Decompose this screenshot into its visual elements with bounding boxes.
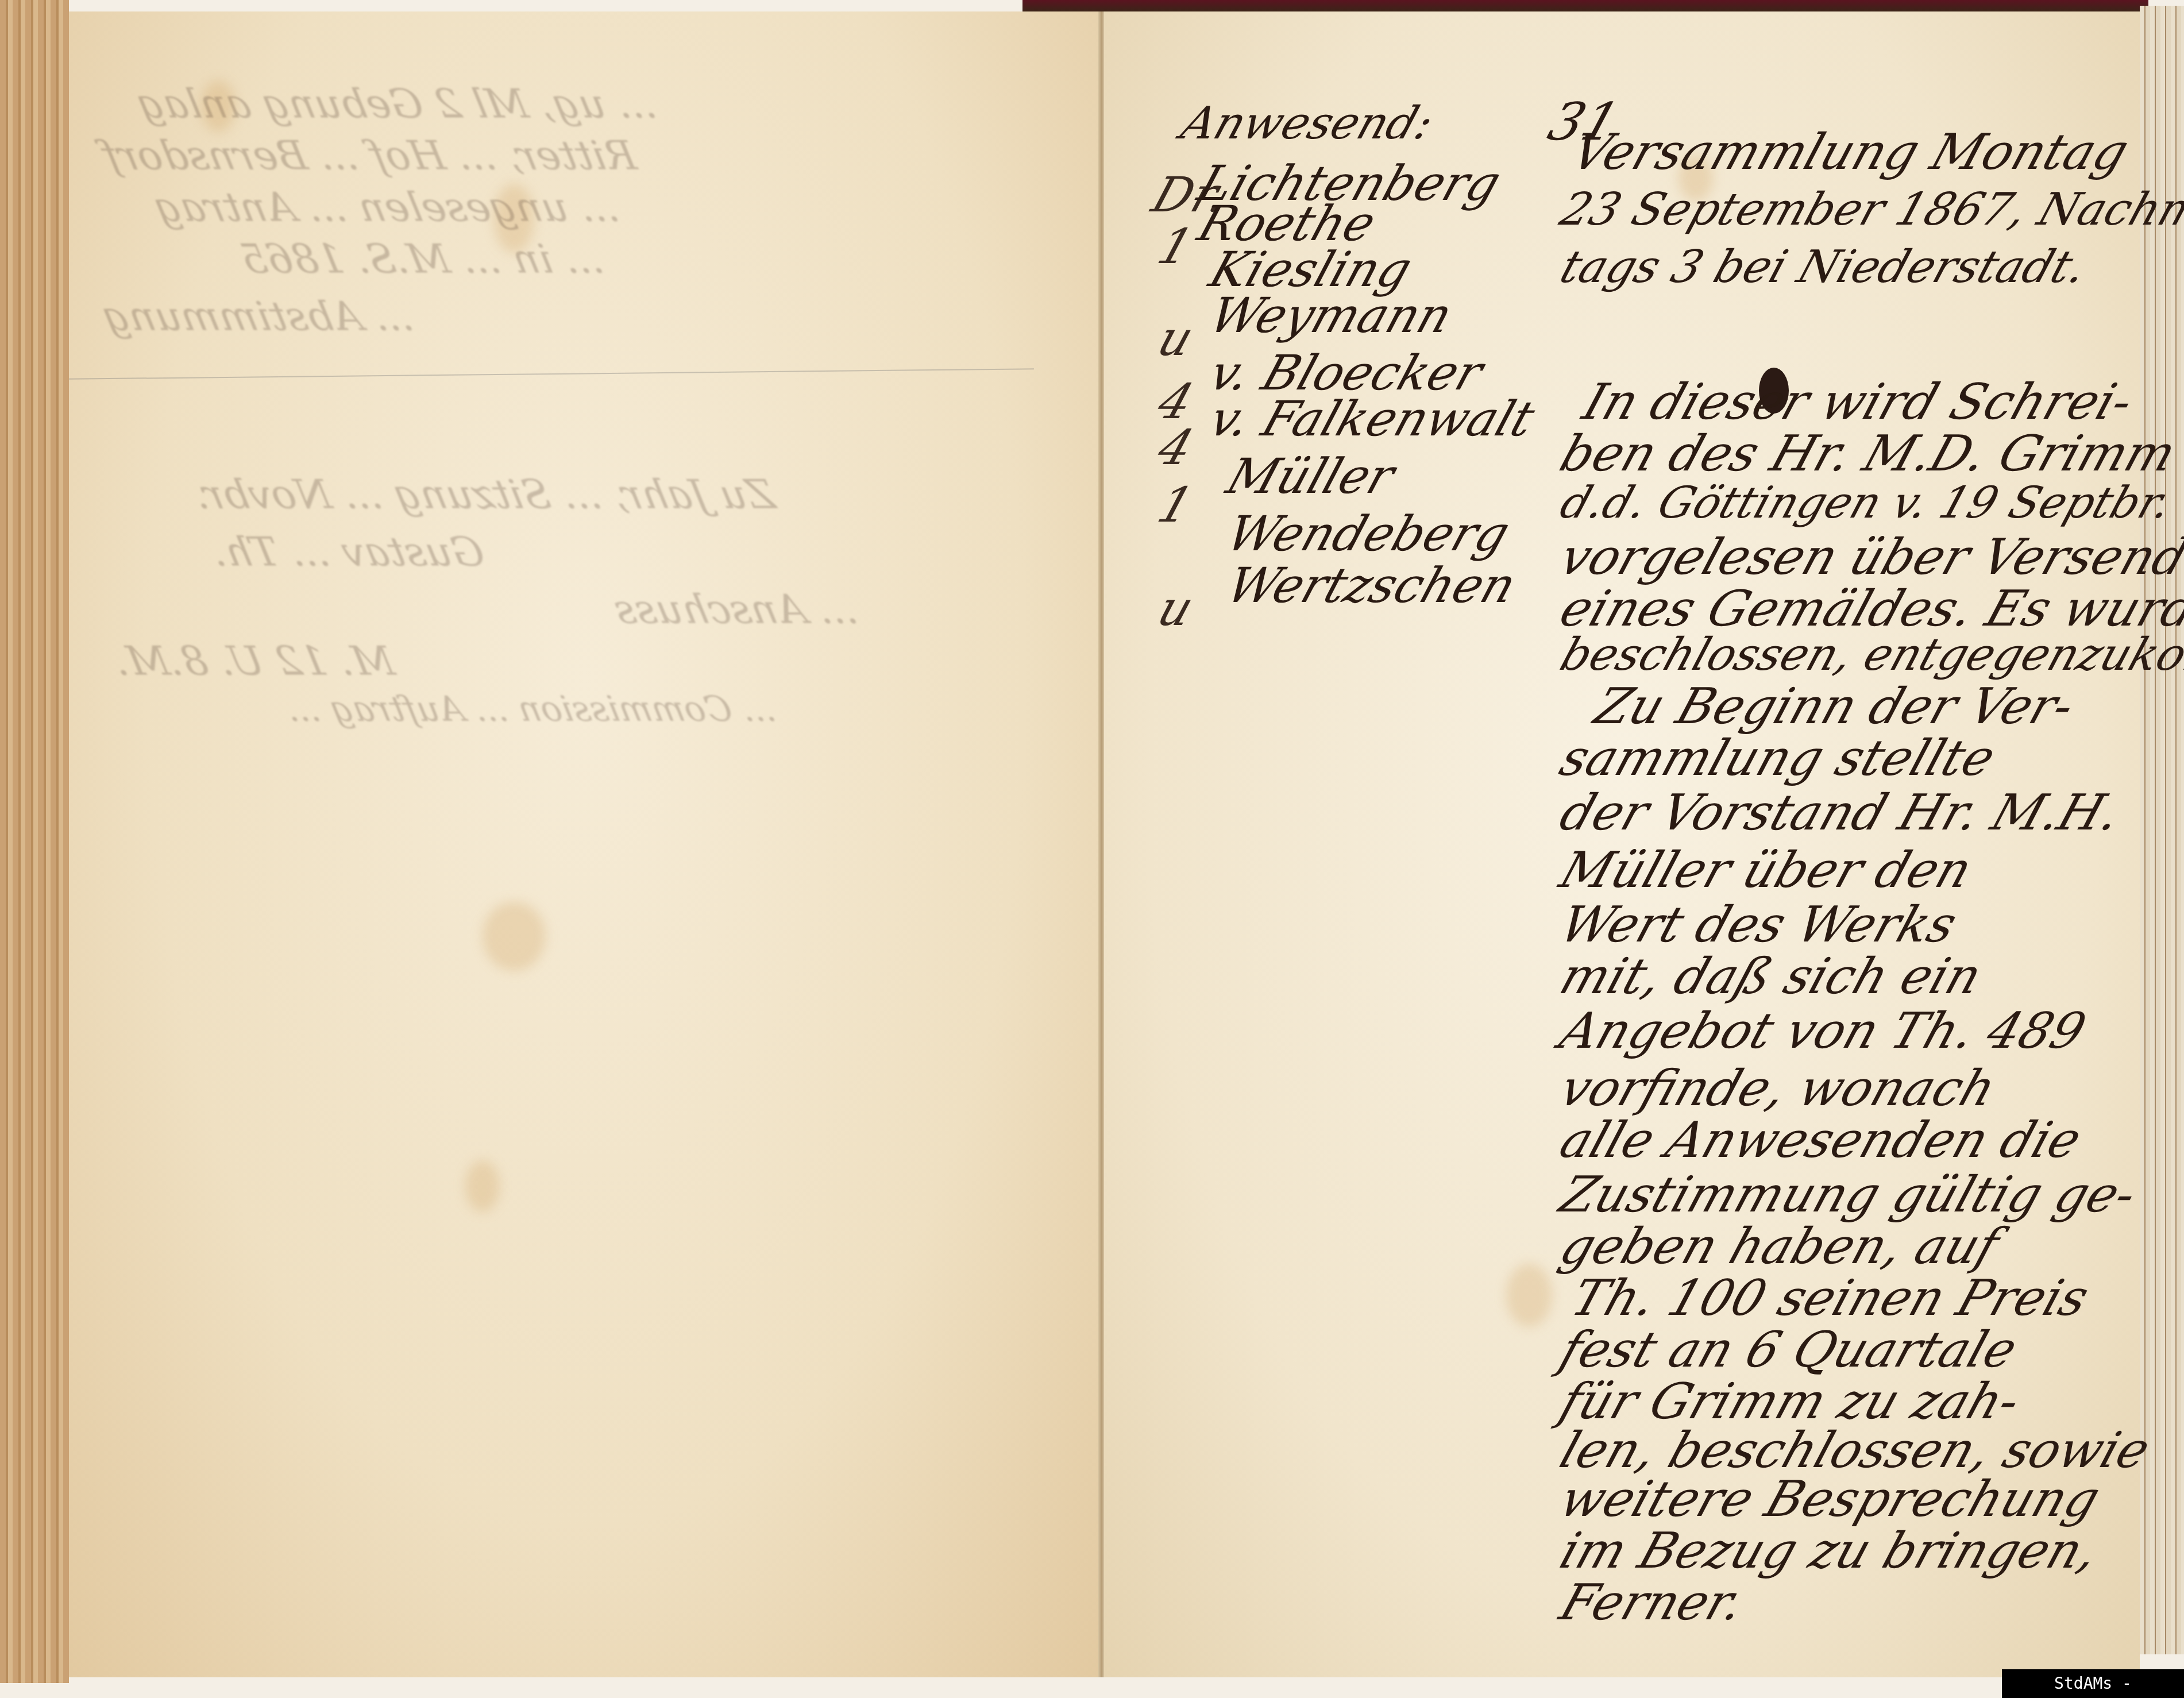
minutes-line: beschlossen, entgegenzukommen.	[1554, 629, 2184, 681]
minutes-line: ben des Hr. M.D. Grimm	[1553, 425, 2183, 483]
minutes-line: d.d. Göttingen v. 19 Septbr.	[1554, 477, 2178, 528]
minutes-line: sammlung stellte	[1553, 730, 2002, 787]
offset-text: ... Abstimmung	[98, 293, 418, 340]
foxing-stain	[483, 902, 546, 971]
book-cover-edge	[1022, 0, 2148, 11]
foxing-stain	[1506, 1264, 1552, 1327]
foxing-stain	[465, 1160, 500, 1212]
minutes-line: Ferner.	[1553, 1574, 1751, 1631]
attendee-name: Wendeberg	[1220, 505, 1517, 562]
offset-text: Ritter, ... Hof ... Bernsdorf	[98, 132, 640, 179]
minutes-line: Th. 100 seinen Preis	[1565, 1269, 2096, 1327]
attendee-name: v. Falkenwalt	[1203, 391, 1542, 447]
minutes-line: Zustimmung gültig ge-	[1553, 1166, 2144, 1224]
pencil-rule	[69, 368, 1034, 380]
offset-text: M. 12 U. 8.M.	[110, 638, 399, 685]
minutes-line: weitere Besprechung	[1553, 1471, 2107, 1528]
minutes-header-line: Versammlung Montag	[1565, 124, 2136, 181]
offset-text: Zu Jahr, ... Sitzung ... Novbr.	[190, 471, 779, 518]
minutes-line: Angebot von Th. 489	[1553, 1002, 2093, 1060]
left-page: ... ug, Ml 2 Gebung anlag Ritter, ... Ho…	[69, 11, 1103, 1677]
minutes-header-line: tags 3 bei Niederstadt.	[1554, 241, 2093, 293]
minutes-line: der Vorstand Hr. M.H.	[1553, 784, 2128, 842]
offset-text: Gustav ... Th.	[207, 528, 488, 576]
offset-text: ... Anschuss	[609, 586, 862, 633]
minutes-line: Müller über den	[1553, 842, 1979, 899]
minutes-line: vorgelesen über Versendung	[1553, 528, 2184, 586]
minutes-header-line: 23 September 1867, Nachmit-	[1554, 184, 2184, 236]
archive-caption: StdAMs - MV_002a_083	[2002, 1669, 2184, 1698]
open-book-scan: ... ug, Ml 2 Gebung anlag Ritter, ... Ho…	[0, 0, 2184, 1698]
minutes-line: vorfinde, wonach	[1553, 1060, 2003, 1117]
minutes-line: Wert des Werks	[1553, 896, 1964, 954]
minutes-line: im Bezug zu bringen,	[1553, 1522, 2106, 1580]
minutes-line: In dieser wird Schrei-	[1576, 373, 2140, 431]
offset-text: ... in ... M.S. 1865	[236, 236, 608, 283]
attendee-name: Müller	[1220, 448, 1402, 504]
minutes-line: geben haben, auf	[1553, 1218, 2006, 1275]
attendance-heading: Anwesend:	[1175, 98, 1440, 149]
right-page-stack	[2140, 6, 2184, 1654]
offset-text: ... ug, Ml 2 Gebung anlag	[133, 80, 661, 128]
left-page-stack	[0, 0, 69, 1683]
attendee-name: Wertzschen	[1220, 557, 1523, 613]
minutes-line: mit, daß sich ein	[1553, 948, 1989, 1005]
minutes-line: fest an 6 Quartale	[1553, 1321, 2024, 1379]
offset-text: ... Commission ... Auftrag ...	[283, 689, 780, 730]
attendee-name: Weymann	[1203, 287, 1459, 344]
minutes-line: alle Anwesenden die	[1553, 1112, 2089, 1169]
offset-text: ... ungeselen ... Antrag	[150, 184, 623, 231]
minutes-line: Zu Beginn der Ver-	[1588, 678, 2081, 735]
